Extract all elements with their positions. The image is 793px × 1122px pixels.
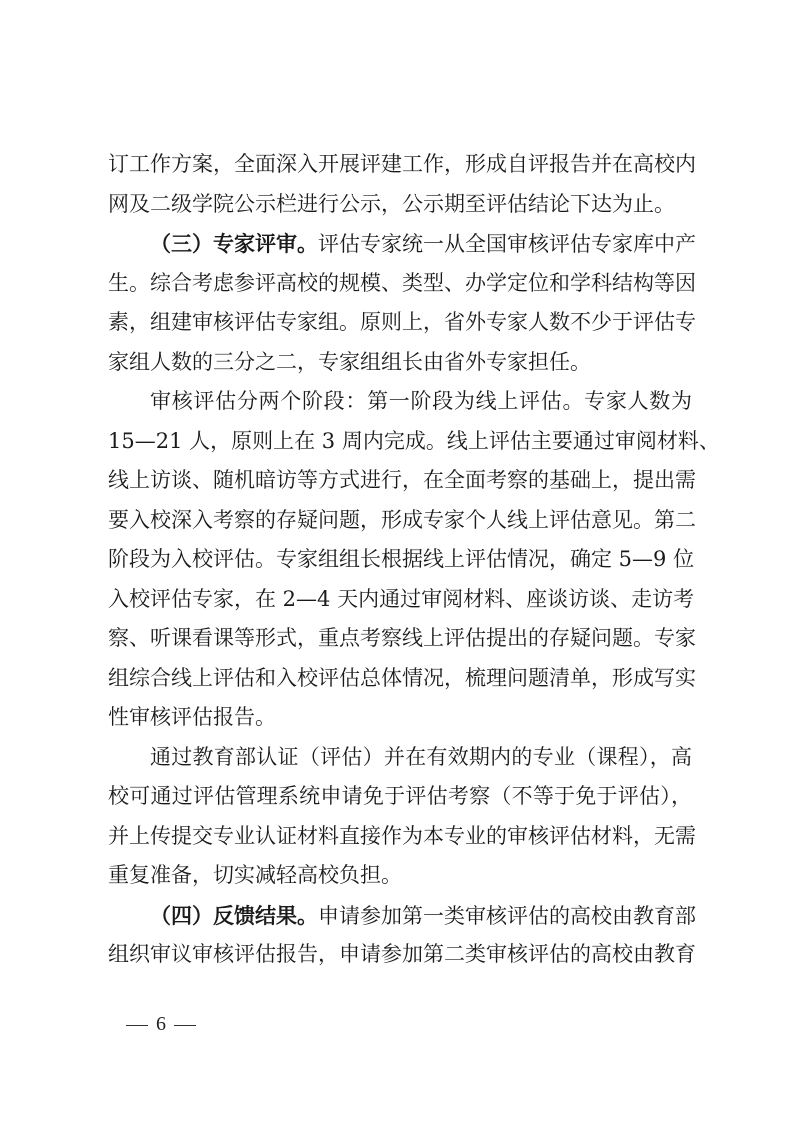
text-line: 校可通过评估管理系统申请免于评估考察（不等于免于评估）， (108, 777, 692, 817)
text-line: 审核评估分两个阶段：第一阶段为线上评估。专家人数为 (108, 382, 692, 422)
section-heading-expert-review: （三）专家评审。 (150, 231, 318, 256)
text-line: 阶段为入校评估。专家组组长根据线上评估情况，确定 5—9 位 (108, 540, 692, 580)
section-heading-feedback-results: （四）反馈结果。 (150, 903, 318, 928)
text-line: 线上访谈、随机暗访等方式进行，在全面考察的基础上，提出需 (108, 461, 692, 501)
section-4-first-line: （四）反馈结果。申请参加第一类审核评估的高校由教育部 (108, 896, 692, 936)
text-line: 15—21 人，原则上在 3 周内完成。线上评估主要通过审阅材料、 (108, 422, 692, 462)
text-line: 申请参加第一类审核评估的高校由教育部 (318, 904, 696, 928)
page-number: 6 (156, 1013, 166, 1035)
section-3-first-line: （三）专家评审。评估专家统一从全国审核评估专家库中产 (108, 224, 692, 264)
footer-dash-right (174, 1025, 196, 1026)
footer-dash-left (126, 1025, 148, 1026)
body-text: 订工作方案，全面深入开展评建工作，形成自评报告并在高校内 网及二级学院公示栏进行… (108, 145, 692, 975)
text-line: 生。综合考虑参评高校的规模、类型、办学定位和学科结构等因 (108, 264, 692, 304)
text-line: 素，组建审核评估专家组。原则上，省外专家人数不少于评估专 (108, 303, 692, 343)
text-line: 组综合线上评估和入校评估总体情况，梳理问题清单，形成写实 (108, 659, 692, 699)
text-line: 察、听课看课等形式，重点考察线上评估提出的存疑问题。专家 (108, 619, 692, 659)
text-line: 通过教育部认证（评估）并在有效期内的专业（课程），高 (108, 738, 692, 778)
text-line: 组织审议审核评估报告，申请参加第二类审核评估的高校由教育 (108, 935, 692, 975)
text-line: 订工作方案，全面深入开展评建工作，形成自评报告并在高校内 (108, 145, 692, 185)
text-line: 入校评估专家，在 2—4 天内通过审阅材料、座谈访谈、走访考 (108, 580, 692, 620)
text-line: 重复准备，切实减轻高校负担。 (108, 856, 692, 896)
text-line: 网及二级学院公示栏进行公示，公示期至评估结论下达为止。 (108, 185, 692, 225)
text-line: 评估专家统一从全国审核评估专家库中产 (318, 232, 696, 256)
text-line: 家组人数的三分之二，专家组组长由省外专家担任。 (108, 343, 692, 383)
text-line: 性审核评估报告。 (108, 698, 692, 738)
text-line: 并上传提交专业认证材料直接作为本专业的审核评估材料，无需 (108, 817, 692, 857)
text-line: 要入校深入考察的存疑问题，形成专家个人线上评估意见。第二 (108, 501, 692, 541)
page-footer: 6 (118, 1013, 204, 1036)
document-page: 订工作方案，全面深入开展评建工作，形成自评报告并在高校内 网及二级学院公示栏进行… (0, 0, 793, 1122)
